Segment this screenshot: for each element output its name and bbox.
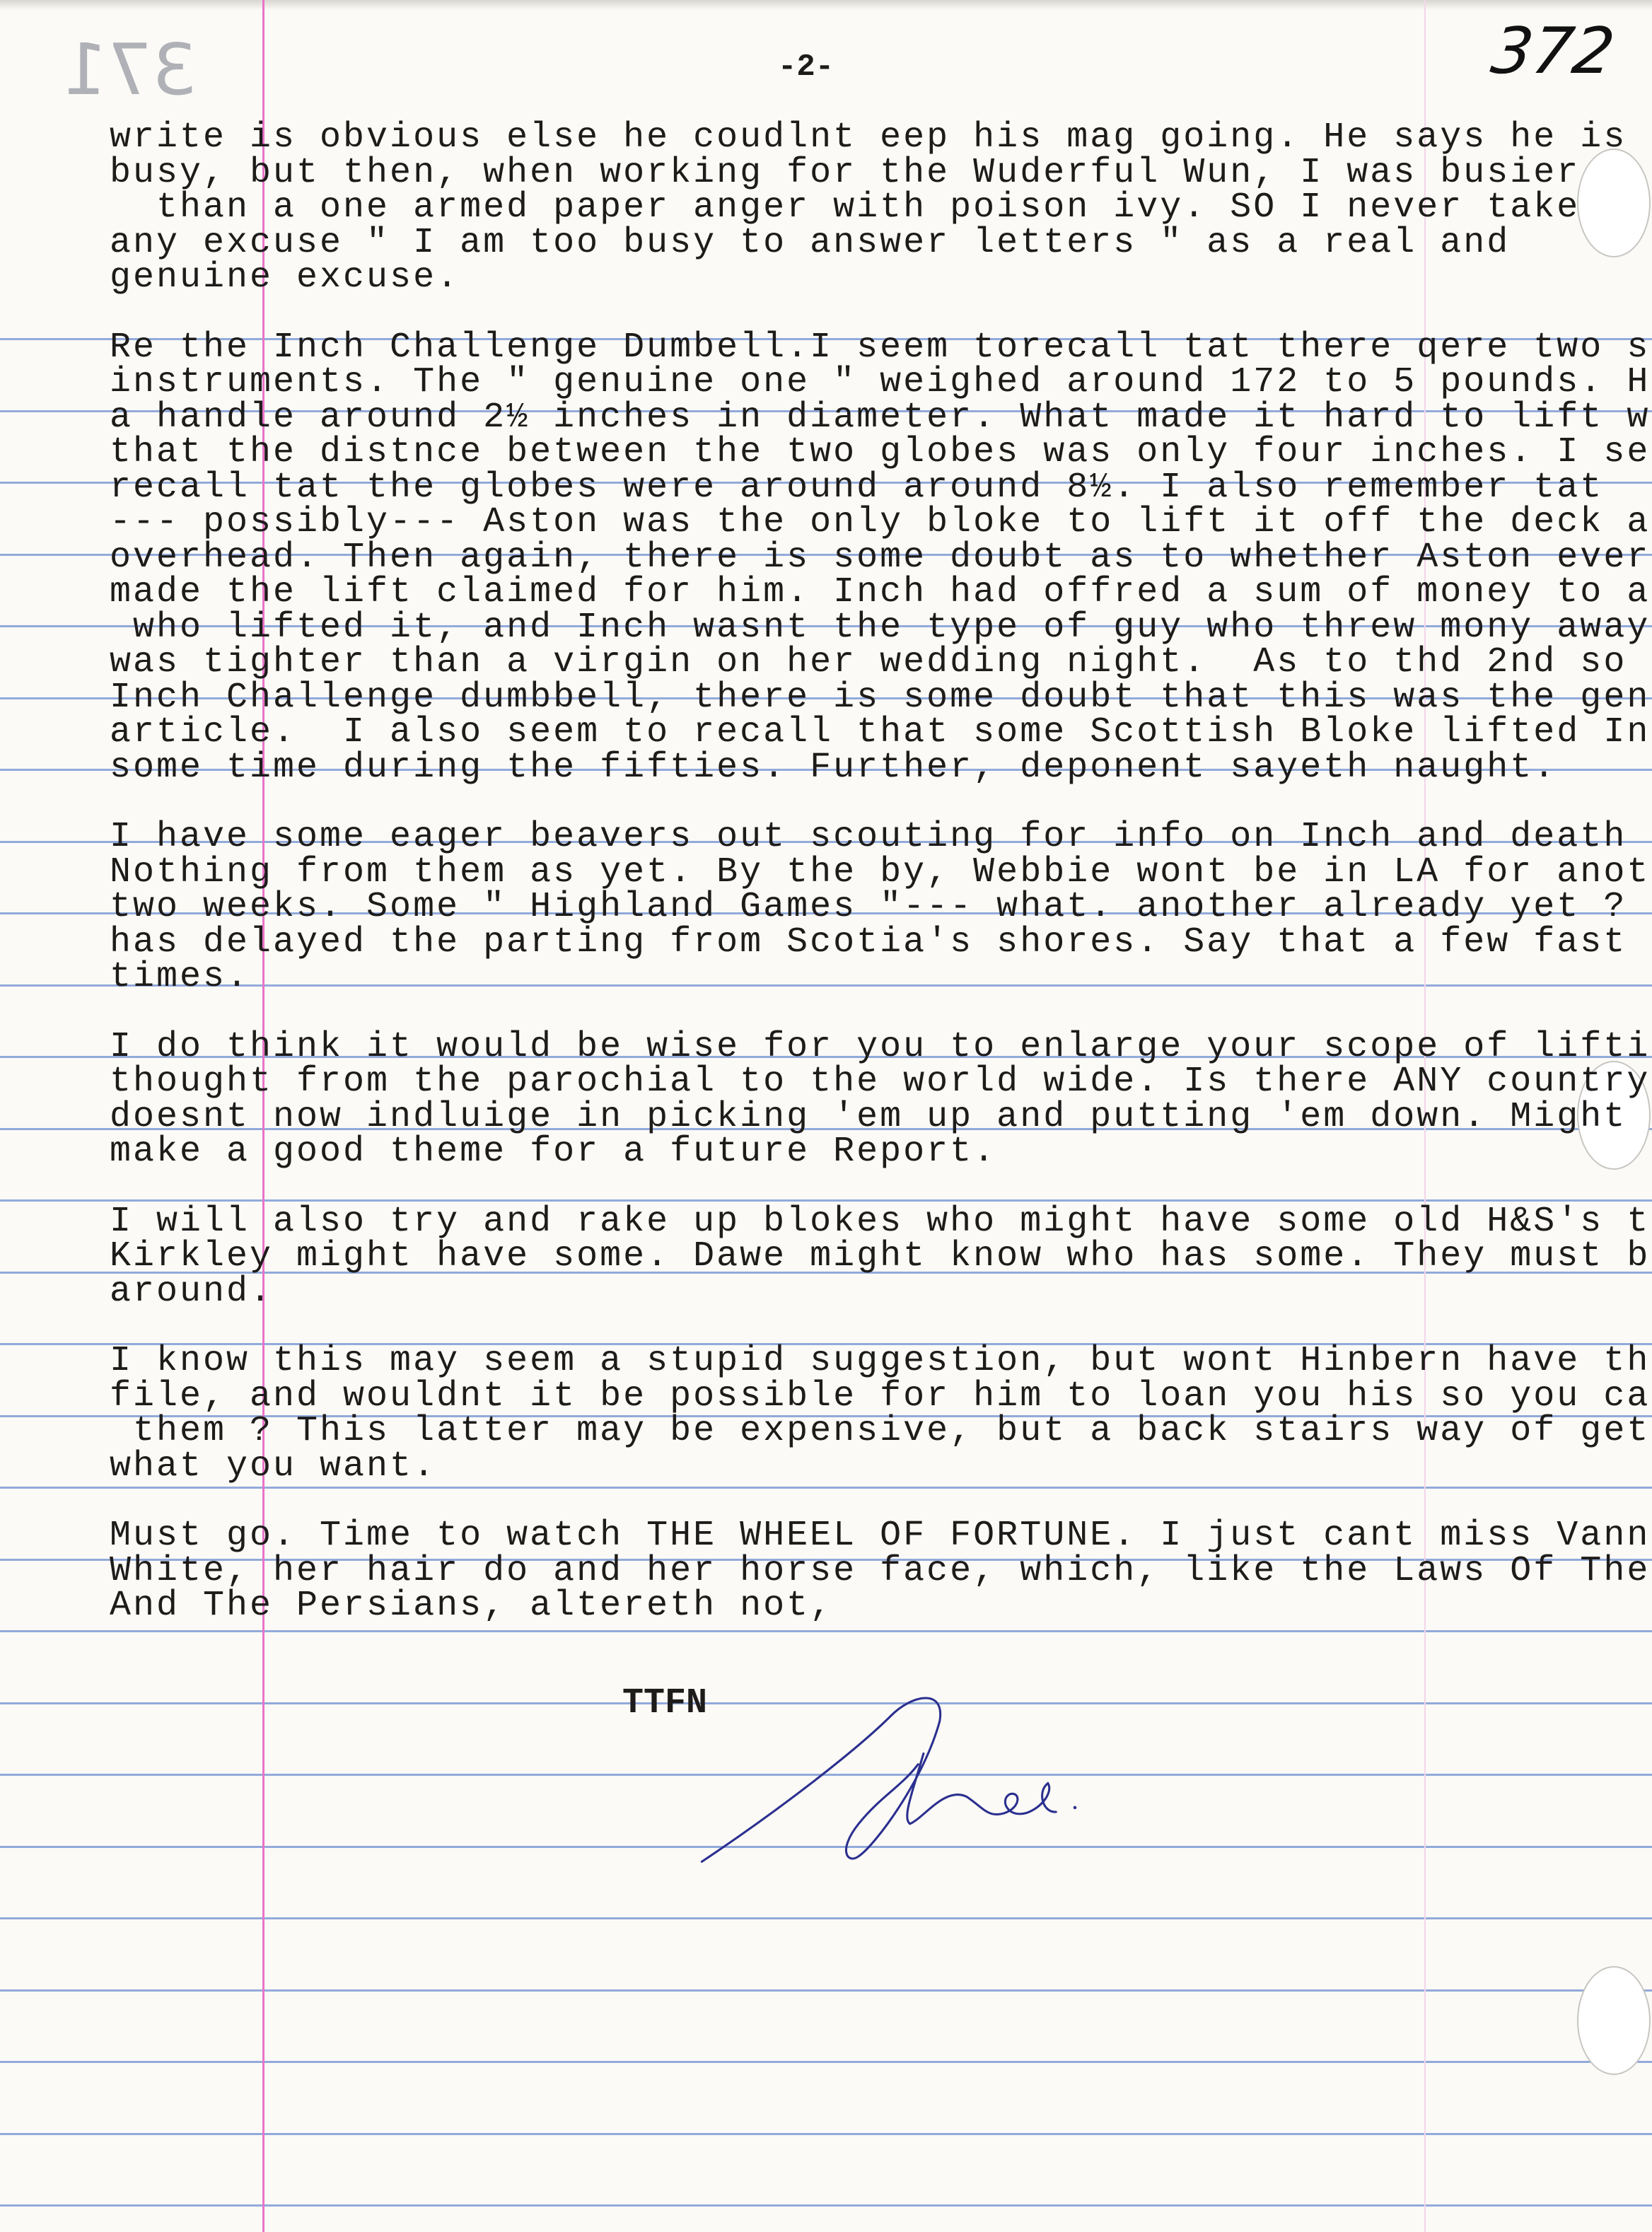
text-line: around. xyxy=(110,1274,1651,1310)
text-line: was tighter than a virgin on her wedding… xyxy=(110,645,1651,680)
text-line: I do think it would be wise for you to e… xyxy=(110,1030,1651,1065)
text-line: Re the Inch Challenge Dumbell.I seem tor… xyxy=(110,330,1651,366)
paragraph: I know this may seem a stupid suggestion… xyxy=(110,1344,1651,1484)
text-line: busy, but then, when working for the Wud… xyxy=(110,156,1651,191)
letter-page: 371 -2- 372 write is obvious else he cou… xyxy=(0,0,1652,2232)
text-line: And The Persians, altereth not, xyxy=(110,1588,1651,1624)
text-line: Nothing from them as yet. By the by, Web… xyxy=(110,855,1651,890)
text-line: what you want. xyxy=(110,1449,1651,1484)
text-line: make a good theme for a future Report. xyxy=(110,1134,1651,1170)
text-line: Kirkley might have some. Dawe might know… xyxy=(110,1239,1651,1274)
punch-hole-bottom xyxy=(1577,1966,1651,2075)
paragraph: I do think it would be wise for you to e… xyxy=(110,1030,1651,1170)
letter-body: write is obvious else he coudlnt eep his… xyxy=(110,120,1651,1658)
text-line: two weeks. Some " Highland Games "--- wh… xyxy=(110,890,1651,925)
page-top-edge xyxy=(0,0,1652,10)
text-line: made the lift claimed for him. Inch had … xyxy=(110,575,1651,610)
ruled-line xyxy=(0,2061,1652,2063)
paragraph: I will also try and rake up blokes who m… xyxy=(110,1204,1651,1310)
ruled-line xyxy=(0,2204,1652,2207)
ruled-line xyxy=(0,2133,1652,2135)
ruled-line xyxy=(0,1989,1652,1992)
archive-number: 372 xyxy=(1487,14,1619,88)
text-line: them ? This latter may be expensive, but… xyxy=(110,1414,1651,1449)
text-line: recall tat the globes were around around… xyxy=(110,470,1651,506)
paragraph: Re the Inch Challenge Dumbell.I seem tor… xyxy=(110,330,1651,786)
text-line: overhead. Then again, there is some doub… xyxy=(110,540,1651,576)
text-line: instruments. The " genuine one " weighed… xyxy=(110,365,1651,400)
text-line: Inch Challenge dumbbell, there is some d… xyxy=(110,680,1651,716)
text-line: I have some eager beavers out scouting f… xyxy=(110,820,1651,855)
text-line: --- possibly--- Aston was the only bloke… xyxy=(110,505,1651,540)
paragraph: Must go. Time to watch THE WHEEL OF FORT… xyxy=(110,1518,1651,1624)
text-line: some time during the fifties. Further, d… xyxy=(110,750,1651,786)
text-line: a handle around 2½ inches in diameter. W… xyxy=(110,400,1651,436)
ruled-line xyxy=(0,1917,1652,1919)
signature xyxy=(636,1683,1146,1867)
text-line: who lifted it, and Inch wasnt the type o… xyxy=(110,610,1651,646)
text-line: genuine excuse. xyxy=(110,260,1651,296)
text-line: I will also try and rake up blokes who m… xyxy=(110,1204,1651,1240)
paragraph: I have some eager beavers out scouting f… xyxy=(110,820,1651,995)
text-line: that the distnce between the two globes … xyxy=(110,435,1651,470)
paragraph: write is obvious else he coudlnt eep his… xyxy=(110,120,1651,296)
text-line: I know this may seem a stupid suggestion… xyxy=(110,1344,1651,1379)
text-line: than a one armed paper anger with poison… xyxy=(110,190,1651,226)
faint-archive-number: 371 xyxy=(62,28,197,111)
text-line: file, and wouldnt it be possible for him… xyxy=(110,1379,1651,1414)
text-line: has delayed the parting from Scotia's sh… xyxy=(110,925,1651,960)
text-line: doesnt now indluige in picking 'em up an… xyxy=(110,1100,1651,1135)
text-line: White, her hair do and her horse face, w… xyxy=(110,1554,1651,1589)
text-line: write is obvious else he coudlnt eep his… xyxy=(110,120,1651,156)
signature-scribble-icon xyxy=(636,1683,1146,1867)
text-line: times. xyxy=(110,960,1651,995)
text-line: article. I also seem to recall that some… xyxy=(110,715,1651,750)
page-number: -2- xyxy=(778,50,834,85)
text-line: Must go. Time to watch THE WHEEL OF FORT… xyxy=(110,1518,1651,1554)
text-line: any excuse " I am too busy to answer let… xyxy=(110,226,1651,261)
text-line: thought from the parochial to the world … xyxy=(110,1064,1651,1100)
